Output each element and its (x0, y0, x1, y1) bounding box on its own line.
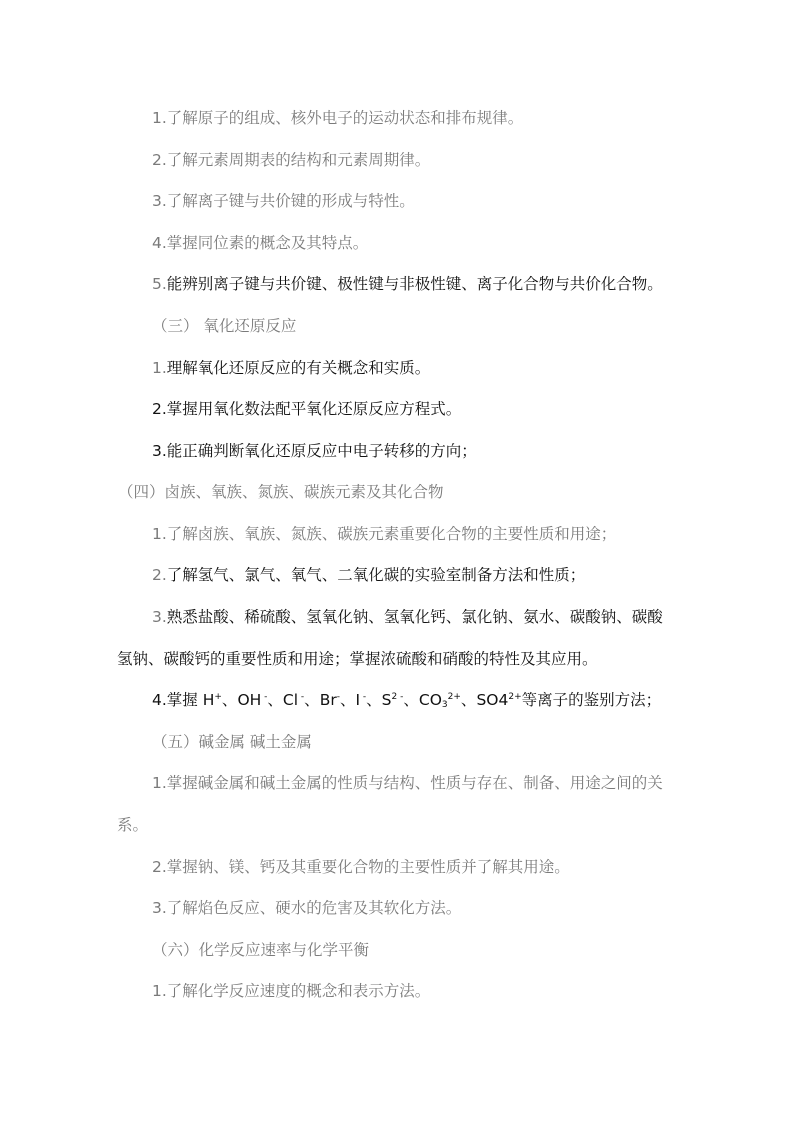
list-item: 2.掌握用氧化数法配平氧化还原反应方程式。 (152, 398, 461, 420)
item-number: 4. (152, 234, 167, 252)
separator: 、 (366, 691, 382, 709)
item-number: 1. (152, 525, 167, 543)
list-item: 2.了解氢气、氯气、氧气、二氧化碳的实验室制备方法和性质； (152, 564, 585, 586)
separator: 、 (267, 691, 283, 709)
heading-text: （三） 氧化还原反应 (152, 317, 296, 335)
item-number: 2. (152, 151, 167, 169)
list-item: 3.能正确判断氧化还原反应中电子转移的方向； (152, 440, 477, 462)
section-heading: （四）卤族、氧族、氮族、碳族元素及其化合物 (118, 481, 444, 503)
item-number: 3. (152, 608, 167, 626)
heading-text: （五）碱金属 碱土金属 (152, 733, 312, 751)
item-text: 系。 (117, 816, 148, 834)
item-text: 了解化学反应速度的概念和表示方法。 (167, 982, 431, 1000)
heading-text: （四）卤族、氧族、氮族、碳族元素及其化合物 (118, 483, 444, 501)
item-text: 掌握同位素的概念及其特点。 (167, 234, 369, 252)
list-item: 1.了解原子的组成、核外电子的运动状态和排布规律。 (152, 107, 523, 129)
list-item-continuation: 氢钠、碳酸钙的重要性质和用途；掌握浓硫酸和硝酸的特性及其应用。 (117, 648, 598, 670)
item-text: 理解氧化还原反应的有关概念和实质。 (167, 359, 431, 377)
item-text: 掌握用氧化数法配平氧化还原反应方程式。 (167, 400, 462, 418)
item-number: 1. (152, 982, 167, 1000)
item-text: 熟悉盐酸、稀硫酸、氢氧化钠、氢氧化钙、氯化钠、氨水、碳酸钠、碳酸 (167, 608, 663, 626)
item-number: 1. (152, 359, 167, 377)
ion-s: S2 - (382, 691, 404, 709)
list-item: 3.了解离子键与共价键的形成与特性。 (152, 190, 415, 212)
ions-prefix: 4.掌握 (152, 691, 203, 709)
item-text: 能正确判断氧化还原反应中电子转移的方向； (167, 442, 477, 460)
item-text: 了解焰色反应、硬水的危害及其软化方法。 (167, 899, 462, 917)
item-number: 3. (152, 899, 167, 917)
heading-text: （六）化学反应速率与化学平衡 (152, 941, 369, 959)
ion-co3: CO32+ (419, 691, 461, 709)
section-heading: （三） 氧化还原反应 (152, 315, 296, 337)
item-number: 1. (152, 109, 167, 127)
separator: 、 (222, 691, 238, 709)
list-item-continuation: 系。 (117, 814, 148, 836)
document-page: 1.了解原子的组成、核外电子的运动状态和排布规律。 2.了解元素周期表的结构和元… (0, 0, 794, 1122)
list-item: 3.熟悉盐酸、稀硫酸、氢氧化钠、氢氧化钙、氯化钠、氨水、碳酸钠、碳酸 (152, 606, 663, 628)
item-text: 氢钠、碳酸钙的重要性质和用途；掌握浓硫酸和硝酸的特性及其应用。 (117, 650, 598, 668)
list-item: 3.了解焰色反应、硬水的危害及其软化方法。 (152, 897, 461, 919)
item-number: 2. (152, 566, 167, 584)
item-number: 3. (152, 442, 167, 460)
item-number: 1. (152, 774, 167, 792)
list-item: 1.理解氧化还原反应的有关概念和实质。 (152, 357, 430, 379)
item-number: 3. (152, 192, 167, 210)
ions-suffix: 等离子的鉴别方法； (522, 691, 662, 709)
separator: 、 (403, 691, 419, 709)
list-item: 1.了解化学反应速度的概念和表示方法。 (152, 980, 430, 1002)
ion-cl: Cl - (283, 691, 304, 709)
item-number: 2. (152, 400, 167, 418)
separator: 、 (340, 691, 356, 709)
item-number: 2. (152, 858, 167, 876)
list-item: 4.掌握同位素的概念及其特点。 (152, 232, 368, 254)
ion-so4: SO42+ (476, 691, 521, 709)
item-number: 5. (152, 275, 167, 293)
list-item: 2.掌握钠、镁、钙及其重要化合物的主要性质并了解其用途。 (152, 856, 570, 878)
list-item: 1.掌握碱金属和碱土金属的性质与结构、性质与存在、制备、用途之间的关 (152, 772, 663, 794)
item-text: 了解元素周期表的结构和元素周期律。 (167, 151, 431, 169)
separator: 、 (304, 691, 320, 709)
section-heading: （六）化学反应速率与化学平衡 (152, 939, 369, 961)
item-text: 了解卤族、氧族、氮族、碳族元素重要化合物的主要性质和用途； (167, 525, 617, 543)
list-item-ions: 4.掌握 H+、OH -、Cl -、Br-、I -、S2 -、CO32+、SO4… (152, 689, 661, 711)
item-text: 掌握钠、镁、钙及其重要化合物的主要性质并了解其用途。 (167, 858, 570, 876)
item-text: 掌握碱金属和碱土金属的性质与结构、性质与存在、制备、用途之间的关 (167, 774, 663, 792)
ion-oh: OH - (237, 691, 267, 709)
item-text: 了解离子键与共价键的形成与特性。 (167, 192, 415, 210)
item-text: 了解原子的组成、核外电子的运动状态和排布规律。 (167, 109, 524, 127)
list-item: 2.了解元素周期表的结构和元素周期律。 (152, 149, 430, 171)
list-item: 1.了解卤族、氧族、氮族、碳族元素重要化合物的主要性质和用途； (152, 523, 616, 545)
ion-h: H+ (203, 691, 222, 709)
ion-br: Br- (320, 691, 340, 709)
section-heading: （五）碱金属 碱土金属 (152, 731, 312, 753)
ion-i: I - (355, 691, 366, 709)
item-text: 了解氢气、氯气、氧气、二氧化碳的实验室制备方法和性质； (167, 566, 586, 584)
list-item: 5.能辨别离子键与共价键、极性键与非极性键、离子化合物与共价化合物。 (152, 273, 663, 295)
item-text: 能辨别离子键与共价键、极性键与非极性键、离子化合物与共价化合物。 (167, 275, 663, 293)
separator: 、 (461, 691, 477, 709)
